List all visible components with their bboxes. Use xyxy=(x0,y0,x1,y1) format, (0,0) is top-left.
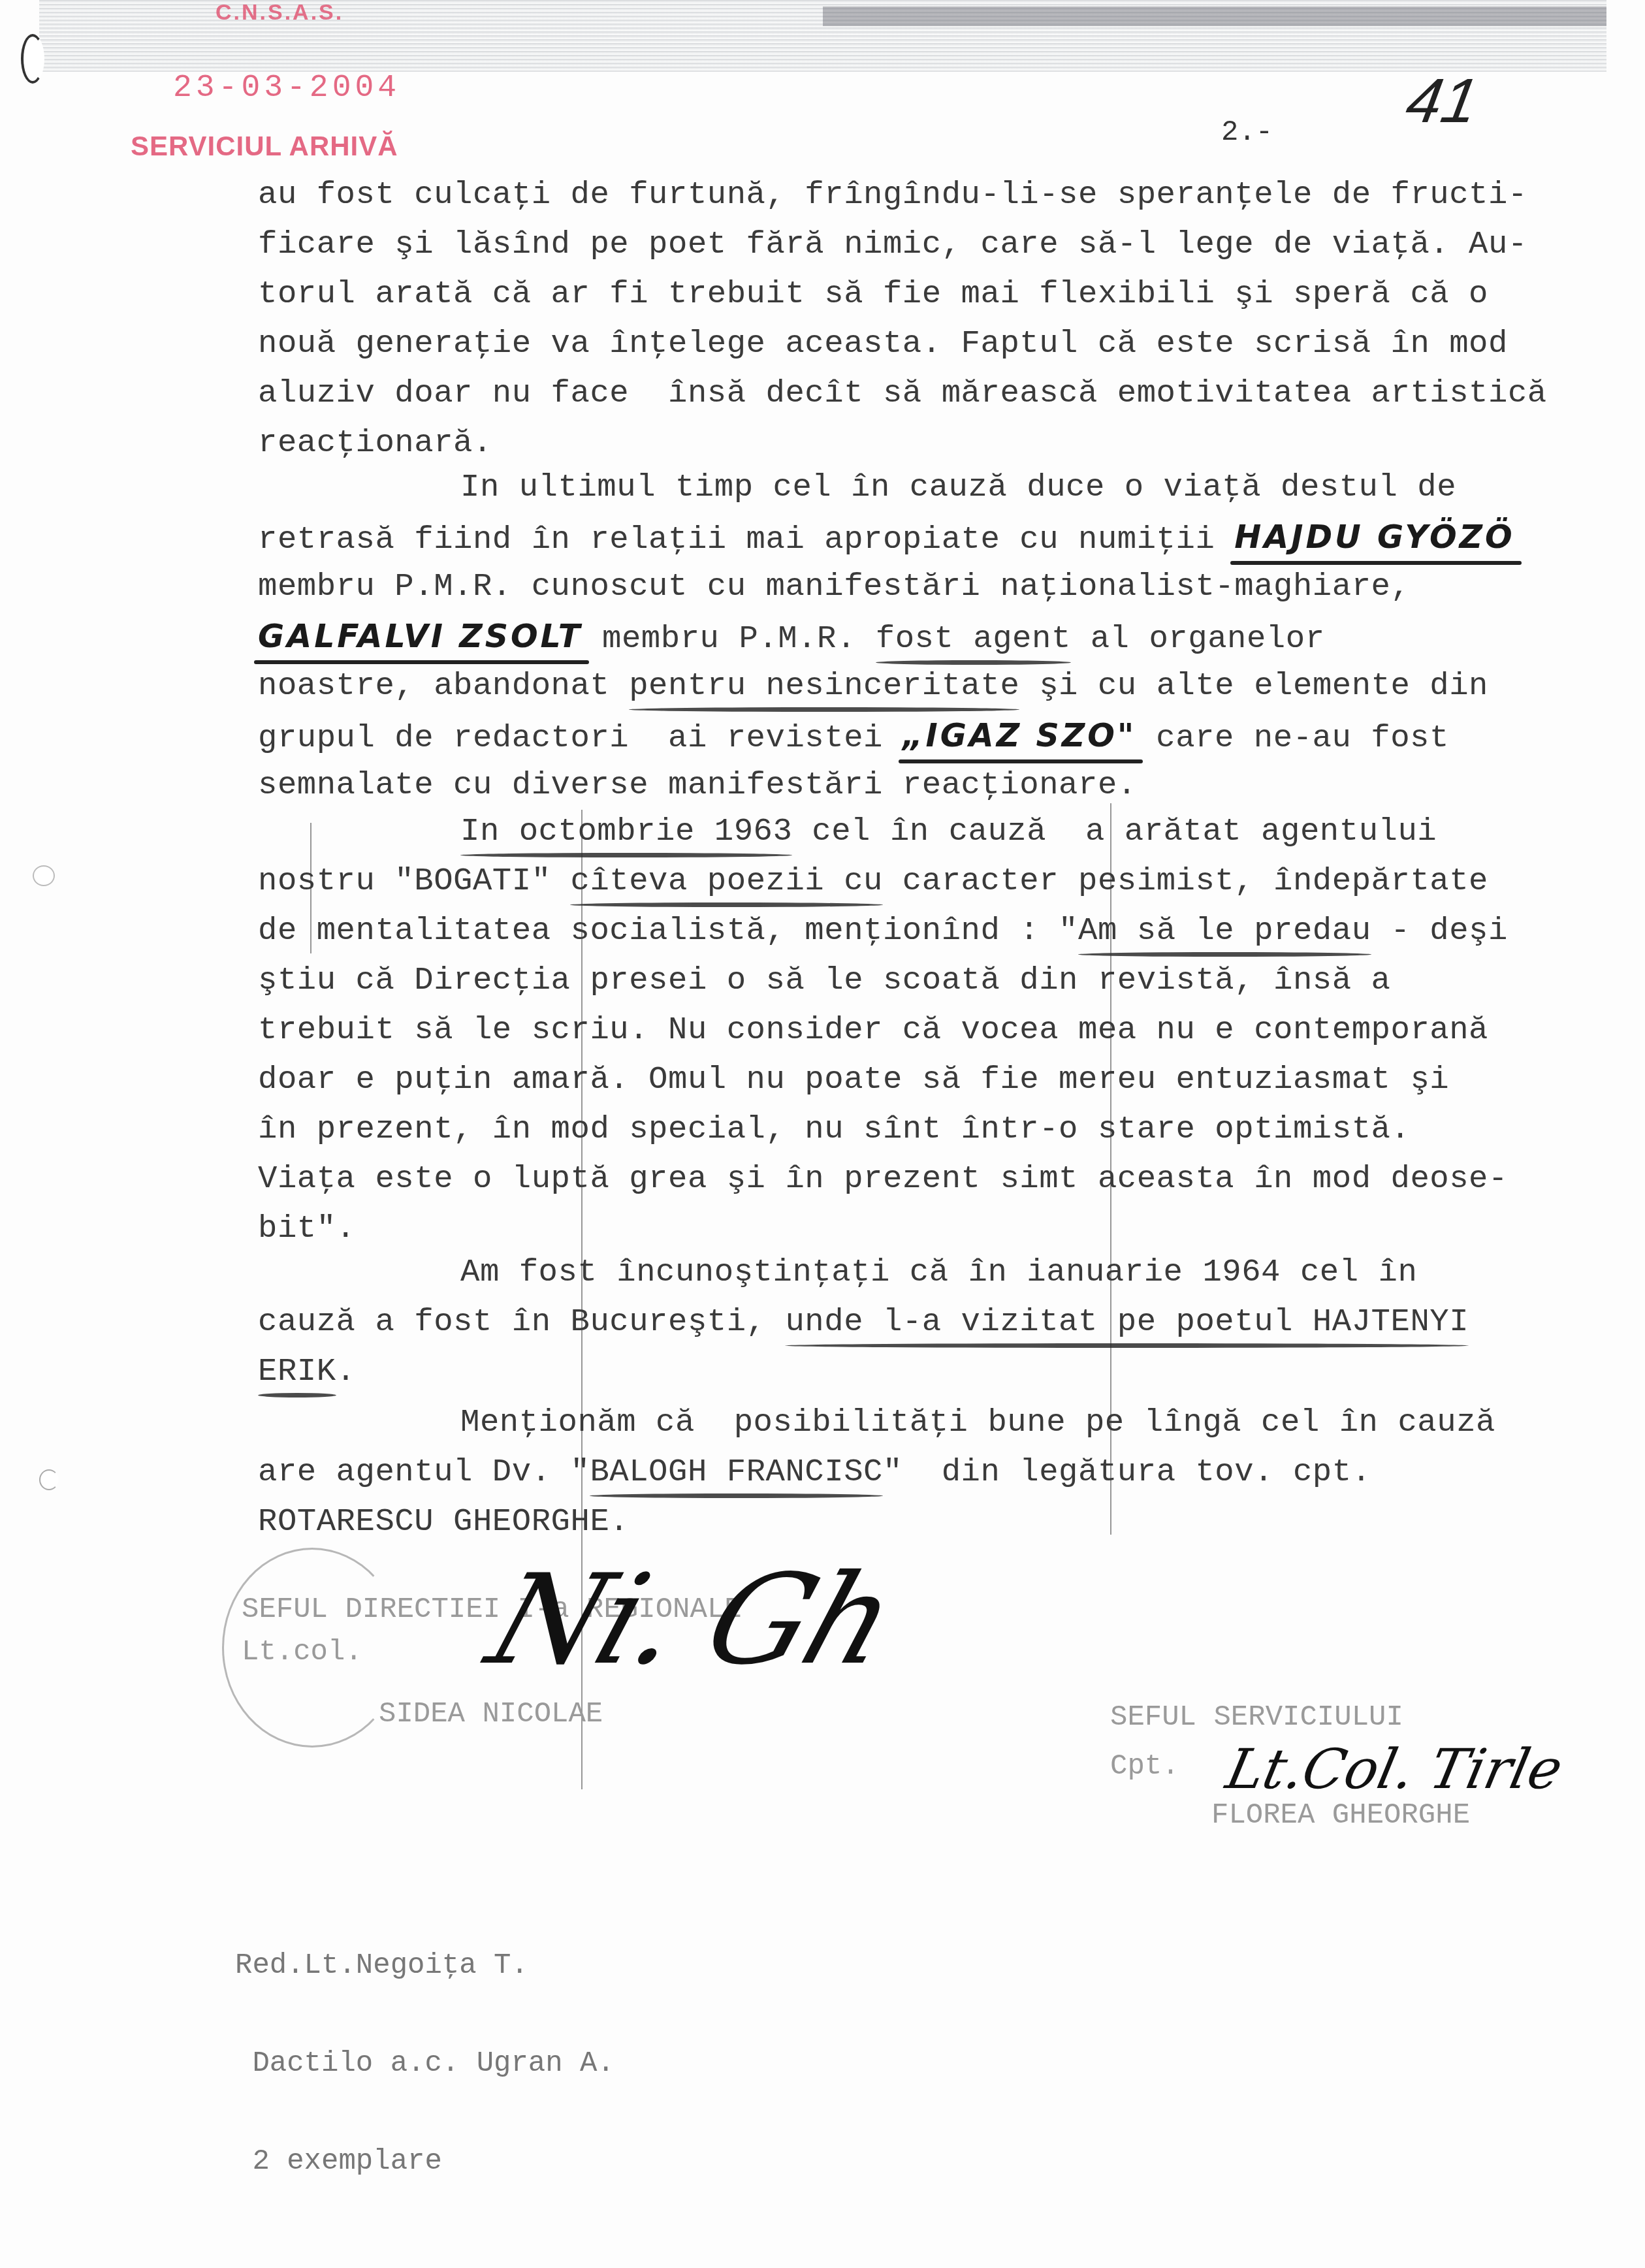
body-line: GALFALVI ZSOLT membru P.M.R. fost agent … xyxy=(258,618,1325,657)
body-line: Am fost încunoştinţaţi că în ianuarie 19… xyxy=(460,1254,1417,1290)
body-line: In octombrie 1963 cel în cauză a arătat … xyxy=(460,813,1437,850)
body-line: Viaţa este o luptă grea şi în prezent si… xyxy=(258,1160,1508,1197)
paragraph-2: In ultimul timp cel în cauză duce o viaţ… xyxy=(258,469,1629,798)
underlined-phrase: BALOGH FRANCISC xyxy=(590,1454,883,1490)
archive-stamp-department: SERVICIUL ARHIVĂ xyxy=(131,131,398,162)
document-footer: Red.Lt.Negoiţa T. Dactilo a.c. Ugran A. … xyxy=(235,1884,615,2243)
scanned-document-page: C.N.S.A.S. 23-03-2004 SERVICIUL ARHIVĂ 2… xyxy=(0,0,1645,2268)
handwritten-name: HAJDU GYÖZÖ xyxy=(1234,519,1515,556)
handwritten-name: GALFALVI ZSOLT xyxy=(258,618,583,655)
editor-line: Red.Lt.Negoiţa T. xyxy=(235,1949,615,1982)
body-line: In ultimul timp cel în cauză duce o viaţ… xyxy=(460,469,1456,505)
body-line: trebuit să le scriu. Nu consider că voce… xyxy=(258,1012,1488,1048)
handwritten-name: „IGAZ SZO" xyxy=(902,717,1137,754)
punch-hole-icon xyxy=(21,34,44,84)
page-number: 2.- xyxy=(1221,116,1273,149)
body-line: membru P.M.R. cunoscut cu manifestări na… xyxy=(258,568,1410,605)
underlined-phrase: ERIK xyxy=(258,1353,336,1390)
punch-hole-icon xyxy=(33,865,55,886)
paragraph-1: au fost culcaţi de furtună, frîngîndu-li… xyxy=(258,176,1629,469)
photocopy-smudge xyxy=(823,7,1606,26)
archive-stamp-organization: C.N.S.A.S. xyxy=(216,0,343,25)
paragraph-5: Menţionăm că posibilităţi bune pe lîngă … xyxy=(258,1404,1629,1587)
archive-stamp-date: 23-03-2004 xyxy=(173,71,400,106)
paragraph-3: In octombrie 1963 cel în cauză a arătat … xyxy=(258,813,1629,1215)
copies-line: 2 exemplare xyxy=(235,2145,615,2178)
right-handwritten-signature: Lt.Col. Tirle xyxy=(1221,1737,1569,1801)
body-line: semnalate cu diverse manifestări reacţio… xyxy=(258,767,1137,803)
body-line: ştiu că Direcţia presei o să le scoată d… xyxy=(258,962,1390,998)
left-signatory-rank: Lt.col. xyxy=(242,1636,362,1669)
handwritten-folio-number: 41 xyxy=(1401,65,1483,137)
typist-line: Dactilo a.c. Ugran A. xyxy=(235,2047,615,2080)
underlined-phrase: unde l-a vizitat pe poetul HAJTENYI xyxy=(785,1303,1469,1340)
underlined-phrase: fost agent xyxy=(876,620,1071,657)
body-line: în prezent, în mod special, nu sînt într… xyxy=(258,1111,1410,1147)
body-line: noastre, abandonat pentru nesinceritate … xyxy=(258,667,1488,704)
punch-hole-icon xyxy=(39,1469,59,1490)
underlined-phrase: Am să le predau xyxy=(1078,912,1371,949)
body-line: are agentul Dv. "BALOGH FRANCISC" din le… xyxy=(258,1454,1371,1490)
body-line: nouă generaţie va înţelege aceasta. Fapt… xyxy=(258,325,1508,362)
body-line: doar e puţin amară. Omul nu poate să fie… xyxy=(258,1061,1449,1098)
body-line: aluziv doar nu face însă decît să măreas… xyxy=(258,375,1547,411)
body-line: Menţionăm că posibilităţi bune pe lîngă … xyxy=(460,1404,1495,1441)
body-line: retrasă fiind în relaţii mai apropiate c… xyxy=(258,519,1515,558)
body-line: ROTARESCU GHEORGHE. xyxy=(258,1503,629,1540)
body-line: torul arată că ar fi trebuit să fie mai … xyxy=(258,276,1488,312)
body-line: bit". xyxy=(258,1210,356,1247)
body-line: reacţionară. xyxy=(258,424,492,461)
body-line: grupul de redactori ai revistei „IGAZ SZ… xyxy=(258,717,1449,756)
underlined-phrase: In octombrie 1963 xyxy=(460,813,792,850)
body-line: ficare şi lăsînd pe poet fără nimic, car… xyxy=(258,226,1527,263)
body-line: ERIK. xyxy=(258,1353,356,1390)
right-signatory-name: FLOREA GHEORGHE xyxy=(1211,1799,1470,1832)
body-line: nostru "BOGATI" cîteva poezii cu caracte… xyxy=(258,863,1488,899)
body-line: de mentalitatea socialistă, menţionînd :… xyxy=(258,912,1508,949)
body-line: cauză a fost în Bucureşti, unde l-a vizi… xyxy=(258,1303,1469,1340)
left-handwritten-signature: Ni. Gh xyxy=(473,1548,910,1692)
underlined-phrase: pentru nesinceritate xyxy=(629,667,1019,704)
body-line: au fost culcaţi de furtună, frîngîndu-li… xyxy=(258,176,1527,213)
underlined-phrase: cîteva poezii cu xyxy=(570,863,882,899)
left-signatory-name: SIDEA NICOLAE xyxy=(379,1698,603,1731)
right-signatory-title: SEFUL SERVICIULUI xyxy=(1110,1701,1403,1734)
right-signatory-rank: Cpt. xyxy=(1110,1750,1179,1783)
